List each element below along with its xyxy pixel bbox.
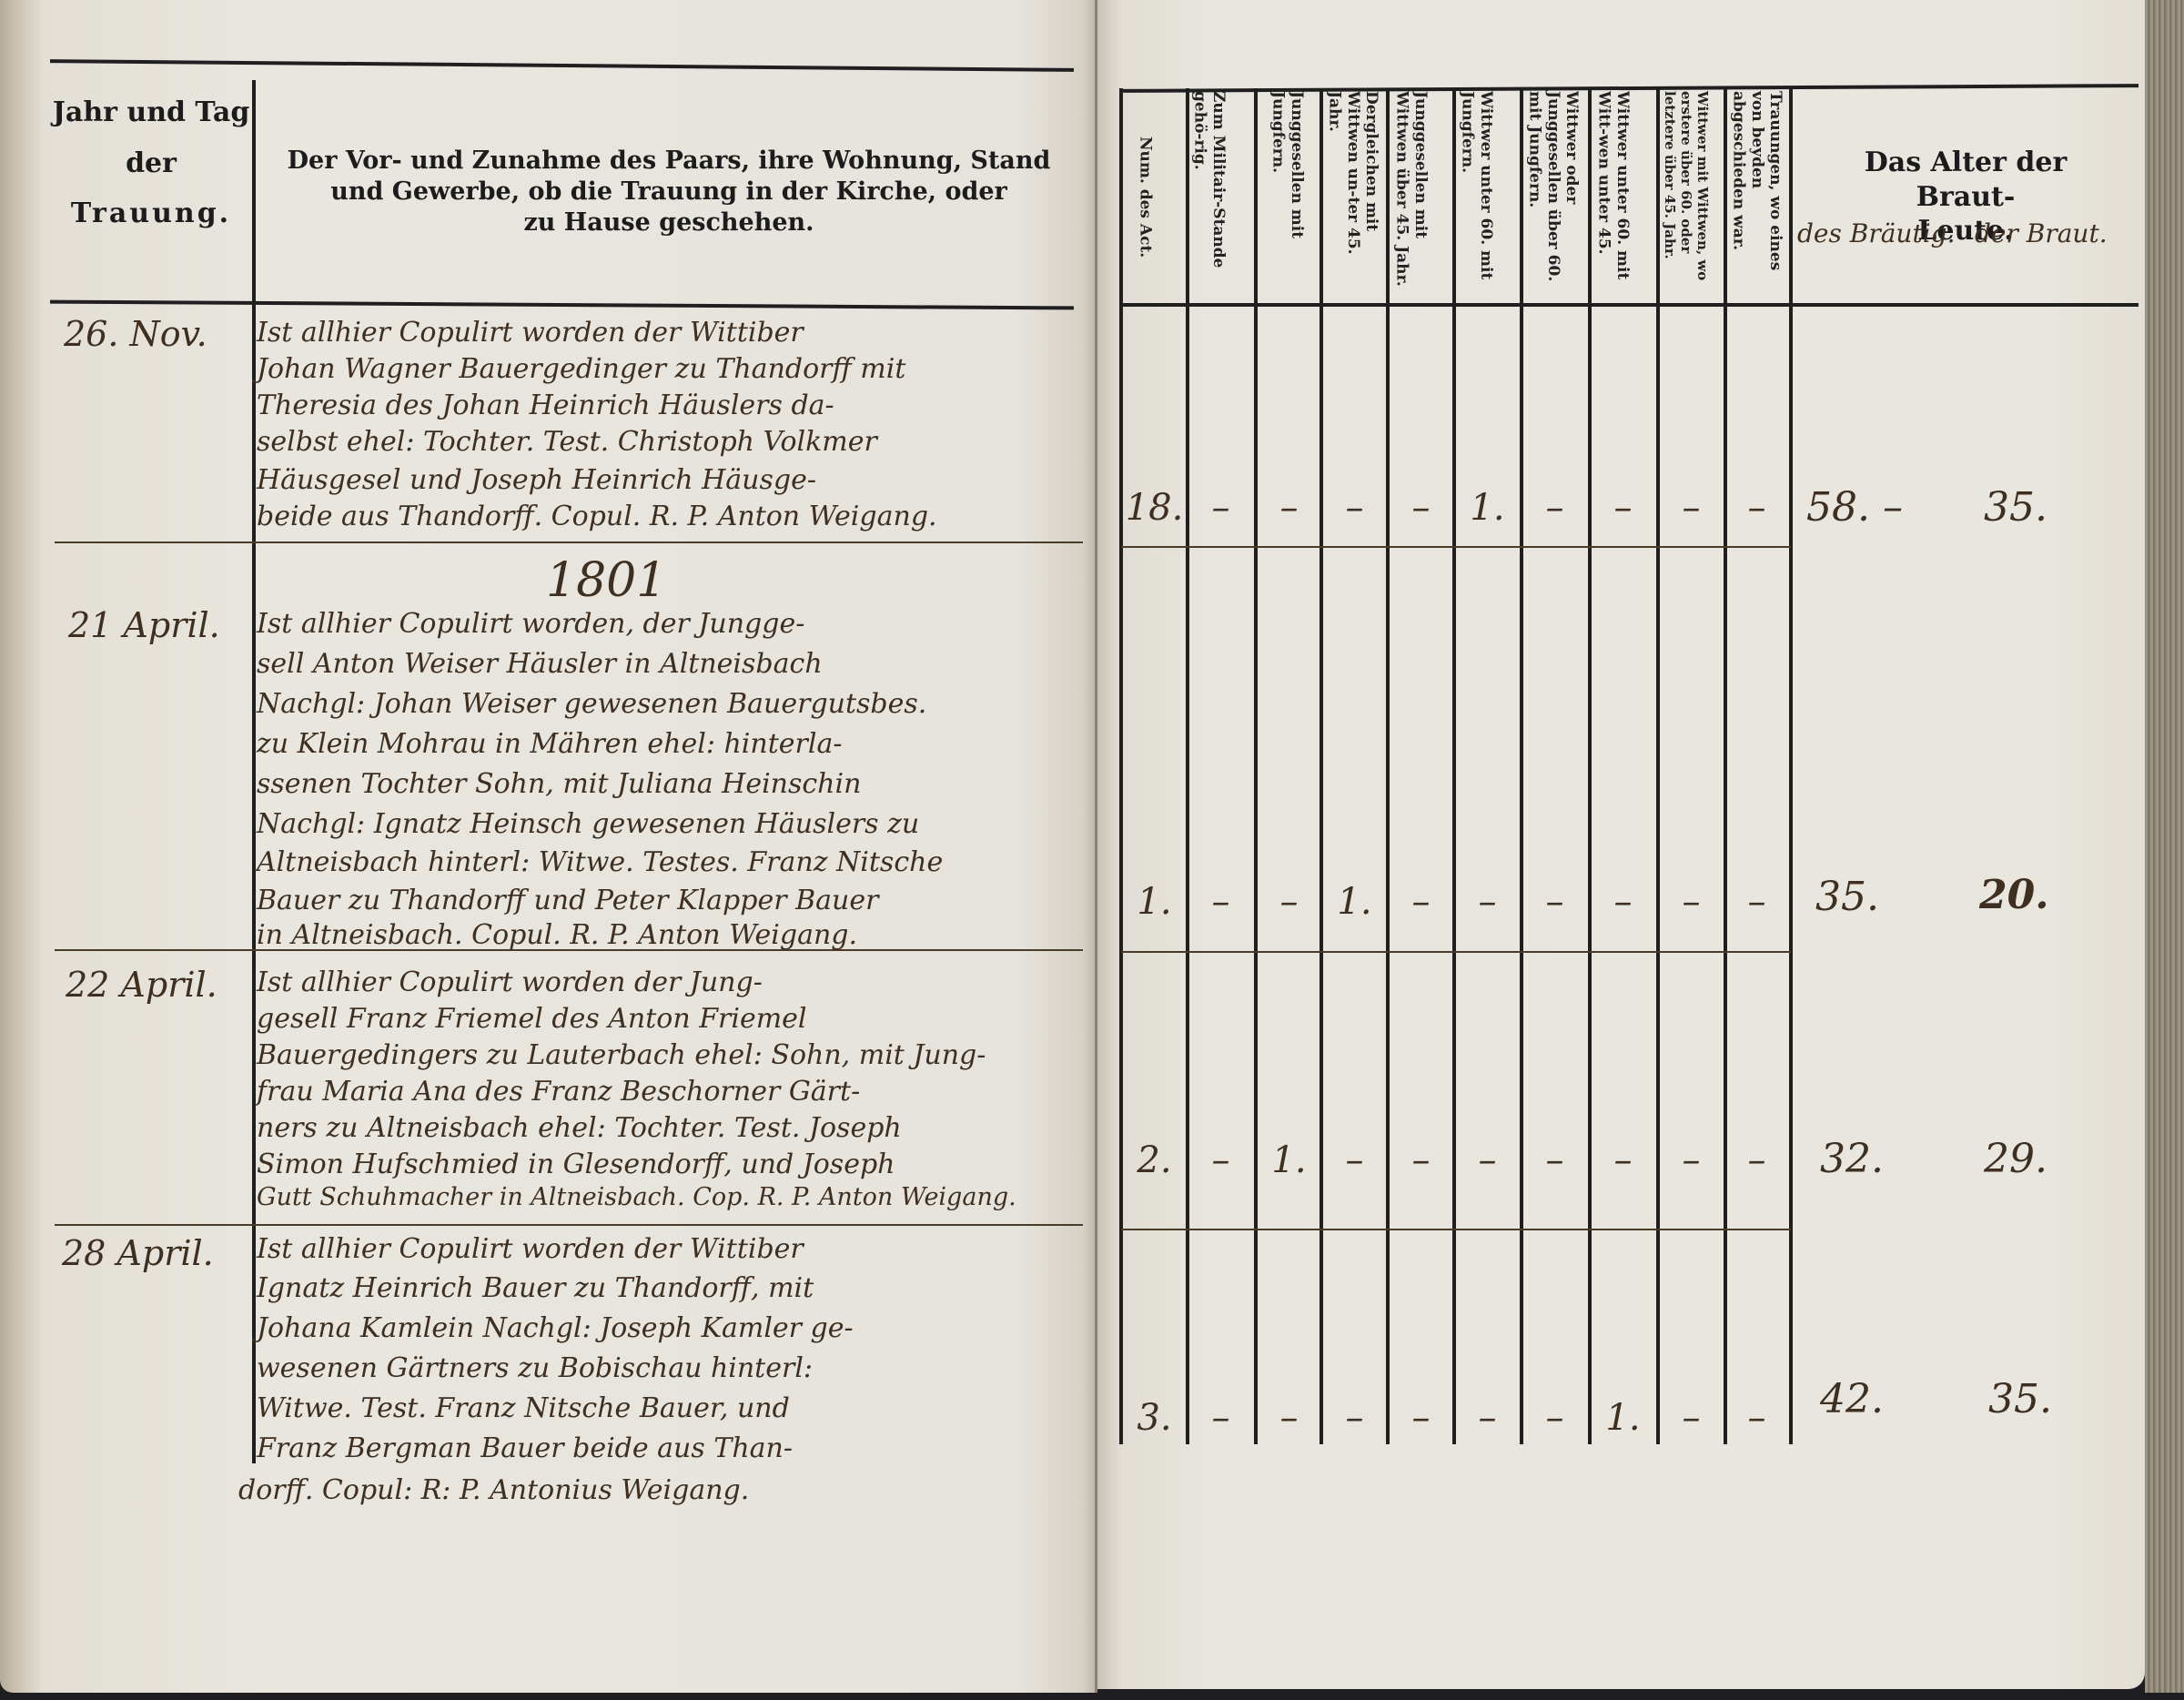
header-line: Jahr und Tag <box>50 96 252 130</box>
category-cell: – <box>1522 881 1588 923</box>
entry-separator <box>55 1224 1083 1226</box>
category-cell: – <box>1188 1397 1254 1439</box>
entry-line: ners zu Altneisbach ehel: Tochter. Test.… <box>257 1112 902 1144</box>
row-separator <box>1121 546 1791 548</box>
column-header: Dergleichen mit Wittwen un-ter 45. Jahr. <box>1325 91 1380 300</box>
category-cell: – <box>1388 1397 1454 1439</box>
category-cell: – <box>1454 881 1521 923</box>
category-cell: – <box>1590 487 1656 529</box>
entry-line: Altneisbach hinterl: Witwe. Testes. Fran… <box>257 846 943 878</box>
entry-line: Bauer zu Thandorff und Peter Klapper Bau… <box>257 885 878 916</box>
category-cell: – <box>1188 1139 1254 1181</box>
column-divider <box>1386 88 1390 1444</box>
header-line: der <box>50 147 252 181</box>
entry-date: 28 April. <box>62 1233 214 1273</box>
entry-date: 21 April. <box>68 605 220 645</box>
column-divider <box>1789 88 1793 1444</box>
date-column-header: Jahr und Tag der Trauung. <box>50 96 252 231</box>
category-cell: – <box>1658 487 1724 529</box>
category-cell: 1. <box>1256 1139 1322 1181</box>
entry-line: Ist allhier Copulirt worden der Wittiber <box>257 1233 804 1265</box>
entry-line: Johana Kamlein Nachgl: Joseph Kamler ge- <box>257 1312 854 1344</box>
bride-age: 20. <box>1979 872 2049 918</box>
act-number: 1. <box>1121 881 1188 923</box>
entry-line: Ist allhier Copulirt worden, der Jungge- <box>257 608 804 640</box>
category-cell: 1. <box>1590 1397 1656 1439</box>
category-cell: – <box>1590 1139 1656 1181</box>
entry-line: Häusgesel und Joseph Heinrich Häusge- <box>257 464 816 496</box>
bride-age: 29. <box>1984 1136 2047 1182</box>
category-cell: – <box>1321 1139 1388 1181</box>
entry-line: Theresia des Johan Heinrich Häuslers da- <box>257 390 834 421</box>
category-cell: – <box>1522 487 1588 529</box>
category-cell: – <box>1658 1397 1724 1439</box>
category-cell: – <box>1454 1397 1521 1439</box>
names-column-header: Der Vor- und Zunahme des Paars, ihre Woh… <box>264 146 1074 238</box>
entry-line: gesell Franz Friemel des Anton Friemel <box>257 1003 807 1035</box>
entry-line: Johan Wagner Bauergedinger zu Thandorff … <box>257 353 905 385</box>
category-cell: – <box>1522 1139 1588 1181</box>
category-cell: – <box>1388 487 1454 529</box>
category-cell: – <box>1321 1397 1388 1439</box>
entry-line: selbst ehel: Tochter. Test. Christoph Vo… <box>257 426 877 458</box>
entry-line: Gutt Schuhmacher in Altneisbach. Cop. R.… <box>257 1183 1016 1211</box>
bride-age-label: der Braut. <box>1975 218 2108 248</box>
groom-age: 42. <box>1820 1376 1884 1422</box>
row-separator <box>1121 1229 1791 1230</box>
year-marker: 1801 <box>546 553 666 608</box>
book-gutter <box>1095 0 1097 1693</box>
category-cell: – <box>1256 881 1322 923</box>
header-line: Der Vor- und Zunahme des Paars, ihre Woh… <box>264 146 1074 177</box>
groom-age-label: des Bräutig. <box>1797 218 1955 248</box>
category-cell: – <box>1724 1397 1790 1439</box>
category-cell: – <box>1724 881 1790 923</box>
column-divider <box>1520 88 1523 1444</box>
column-divider <box>1724 88 1727 1444</box>
category-cell: – <box>1388 1139 1454 1181</box>
column-header: Trauungen, wo eines von beyden abgeschie… <box>1729 91 1785 300</box>
entry-line: Franz Bergman Bauer beide aus Than- <box>257 1432 793 1464</box>
entry-line: wesenen Gärtners zu Bobischau hinterl: <box>257 1352 813 1384</box>
entry-line: Ist allhier Copulirt worden der Wittiber <box>257 317 804 349</box>
category-cell: – <box>1724 487 1790 529</box>
page-fore-edge <box>2145 0 2184 1693</box>
bride-age: 35. <box>1984 484 2047 531</box>
column-header: Junggesellen mit Jungfern. <box>1269 91 1306 300</box>
right-header-rule <box>1119 303 2138 307</box>
category-cell: – <box>1658 1139 1724 1181</box>
entry-line: ssenen Tochter Sohn, mit Juliana Heinsch… <box>257 768 861 800</box>
num-column-left <box>1119 88 1123 1444</box>
date-column-divider <box>252 80 256 1463</box>
category-cell: – <box>1522 1397 1588 1439</box>
entry-line: Ignatz Heinrich Bauer zu Thandorff, mit <box>257 1272 814 1304</box>
category-cell: 1. <box>1321 881 1388 923</box>
category-cell: – <box>1188 881 1254 923</box>
column-divider <box>1656 88 1660 1444</box>
column-header: Num. des Act. <box>1136 137 1154 300</box>
header-line: zu Hause geschehen. <box>264 207 1074 238</box>
bride-age: 35. <box>1988 1376 2052 1422</box>
column-divider <box>1254 88 1258 1444</box>
column-header: Zum Militair-Stande gehö-rig. <box>1190 91 1228 300</box>
header-line: Das Alter der Braut- <box>1811 146 2120 214</box>
act-number: 18. <box>1121 487 1188 529</box>
entry-line: sell Anton Weiser Häusler in Altneisbach <box>257 648 823 680</box>
entry-line: frau Maria Ana des Franz Beschorner Gärt… <box>257 1076 860 1108</box>
entry-line: Nachgl: Ignatz Heinsch gewesenen Häusler… <box>257 808 919 840</box>
category-cell: – <box>1388 881 1454 923</box>
column-header: Wittwer unter 60. mit Witt-wen unter 45. <box>1594 91 1632 300</box>
act-number: 3. <box>1121 1397 1188 1439</box>
column-header: Wittwer unter 60. mit Jungfern. <box>1458 91 1495 300</box>
entry-separator <box>55 541 1083 543</box>
entry-line: Witwe. Test. Franz Nitsche Bauer, und <box>257 1392 790 1424</box>
column-divider <box>1186 88 1189 1444</box>
entry-line: dorff. Copul: R: P. Antonius Weigang. <box>238 1474 749 1506</box>
category-cell: 1. <box>1454 487 1521 529</box>
category-cell: – <box>1590 881 1656 923</box>
entry-line: beide aus Thandorff. Copul. R. P. Anton … <box>257 501 937 532</box>
entry-line: in Altneisbach. Copul. R. P. Anton Weiga… <box>257 919 857 951</box>
header-line: und Gewerbe, ob die Trauung in der Kirch… <box>264 177 1074 207</box>
category-cell: – <box>1321 487 1388 529</box>
groom-age: 32. <box>1820 1136 1884 1182</box>
entry-date: 26. Nov. <box>64 314 207 354</box>
header-line: Trauung. <box>50 197 252 231</box>
entry-line: Simon Hufschmied in Glesendorff, und Jos… <box>257 1149 895 1180</box>
entry-line: Bauergedingers zu Lauterbach ehel: Sohn,… <box>257 1039 986 1071</box>
category-cell: – <box>1724 1139 1790 1181</box>
row-separator <box>1121 951 1791 953</box>
column-header: Wittwer mit Wittwen, wo erstere über 60.… <box>1662 91 1711 300</box>
groom-age: 35. <box>1815 874 1879 920</box>
column-header: Wittwer oder Junggesellen über 60. mit J… <box>1525 91 1581 300</box>
category-cell: – <box>1188 487 1254 529</box>
column-divider <box>1588 88 1592 1444</box>
column-divider <box>1452 88 1456 1444</box>
groom-age: 58. – <box>1806 484 1903 531</box>
category-cell: – <box>1454 1139 1521 1181</box>
category-cell: – <box>1256 1397 1322 1439</box>
entry-date: 22 April. <box>66 965 217 1005</box>
category-cell: – <box>1256 487 1322 529</box>
column-divider <box>1319 88 1323 1444</box>
act-number: 2. <box>1121 1139 1188 1181</box>
entry-line: zu Klein Mohrau in Mähren ehel: hinterla… <box>257 728 842 760</box>
entry-line: Ist allhier Copulirt worden der Jung- <box>257 966 763 998</box>
category-cell: – <box>1658 881 1724 923</box>
column-header: Junggesellen mit Wittwen über 45. Jahr. <box>1392 91 1430 300</box>
entry-line: Nachgl: Johan Weiser gewesenen Bauerguts… <box>257 688 926 720</box>
